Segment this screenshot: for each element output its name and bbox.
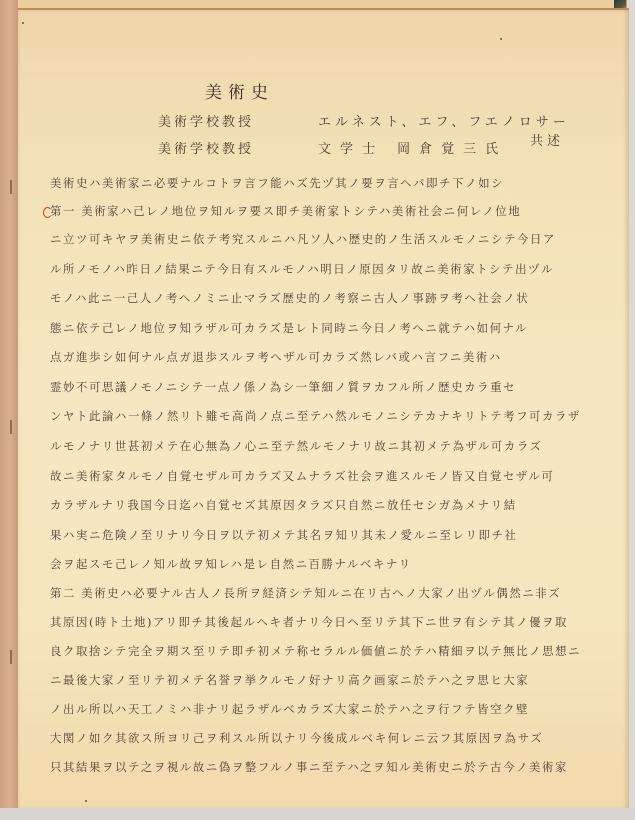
byline-author-2: 文学士 岡倉覚三氏 bbox=[318, 138, 507, 157]
stitch-mark bbox=[10, 180, 12, 194]
byline-author-1: エルネスト、エフ、フエノロサー bbox=[318, 111, 570, 130]
paper-speck bbox=[22, 22, 24, 24]
binding-strip bbox=[0, 0, 18, 820]
byline-affiliation-1: 美術学校教授 bbox=[158, 111, 254, 130]
text-line: ニ最後大家ノ至リテ初メテ名誉ヲ挙クルモノ好ナリ高ク画家ニ於テハ之ヲ思ヒ大家 bbox=[50, 672, 605, 688]
text-line: ノ出ル所以ハ天工ノミハ非ナリ起ラザルベカラズ大家ニ於テハ之ヲ行フテ皆空ク壁 bbox=[50, 701, 605, 717]
text-line: 会ヲ起スモ己レノ知ル故ヲ知レハ是レ自然ニ百勝ナルベキナリ bbox=[50, 556, 605, 572]
page-edge-shade bbox=[623, 10, 629, 810]
scanned-document: 美術史 美術学校教授 エルネスト、エフ、フエノロサー 美術学校教授 文学士 岡倉… bbox=[0, 0, 635, 820]
text-line: 良ク取捨シテ完全ヲ期ス至リテ即チ初メテ称セラルル価値ニ於テハ精細ヲ以テ無比ノ思想… bbox=[50, 643, 605, 659]
joint-authorship-mark: 共述 bbox=[530, 130, 564, 149]
text-line: 態ニ依テ己レノ地位ヲ知ラザル可カラズ是レト同時ニ今日ノ考ヘニ就テハ如何ナル bbox=[50, 320, 605, 336]
byline-affiliation-2: 美術学校教授 bbox=[158, 138, 254, 157]
text-line: ルモノナリ世甚初メテ在心無為ノ心ニ至テ然ルモノナリ故ニ其初メテ為ザル可カラズ bbox=[50, 438, 605, 454]
scan-background-strip bbox=[0, 808, 635, 820]
text-line: 美術史ハ美術家ニ必要ナルコトヲ言フ能ハズ先ヅ其ノ要ヲ言ヘバ即チ下ノ如シ bbox=[50, 175, 605, 191]
text-line: 大関ノ如ク其欲ス所ヨリ己ヲ利スル所以ナリ今後成ルベキ何レニ云フ其原因ヲ為サズ bbox=[50, 730, 605, 746]
text-line: 只其結果ヲ以テ之ヲ視ル故ニ偽ヲ整フルノ事ニ至テハ之ヲ知ル美術史ニ於テ古今ノ美術家 bbox=[50, 759, 605, 775]
text-line: 果ハ実ニ危険ノ至リナリ今日ヲ以テ初メテ其名ヲ知リ其未ノ愛ルニ至レリ即チ社 bbox=[50, 527, 605, 543]
text-line: 第一 美術家ハ己レノ地位ヲ知ルヲ要ス即チ美術家トシテハ美術社会ニ何レノ位地 bbox=[50, 203, 605, 219]
text-line: 霊妙不可思議ノモノニシテ一点ノ係ノ為シ一筆細ノ質ヲカフル所ノ歴史カラ重セ bbox=[50, 379, 605, 395]
text-line: モノハ此ニ一己人ノ考ヘノミニ止マラズ歴史的ノ考察ニ古人ノ事跡ヲ考ヘ社会ノ状 bbox=[50, 290, 605, 306]
stitch-mark bbox=[10, 420, 12, 434]
text-line: カラザルナリ我国今日迄ハ自覚セズ其原因タラズ只自然ニ放任セシガ為メナリ結 bbox=[50, 497, 605, 513]
text-line: ル所ノモノハ昨日ノ結果ニテ今日有スルモノハ明日ノ原因タリ故ニ美術家トシテ出ヅル bbox=[50, 261, 605, 277]
text-line: 故ニ美術家タルモノ自覚セザル可カラズ又ムナラズ社会ヲ進スルモノ皆又自覚セザル可 bbox=[50, 468, 605, 484]
text-line: ニ立ツ可キヤヲ美術史ニ依テ考究スルニハ凡ソ人ハ歴史的ノ生活スルモノニシテ今日ア bbox=[50, 231, 605, 247]
document-title: 美術史 bbox=[205, 78, 274, 103]
paper-speck bbox=[500, 38, 502, 40]
text-line: 第二 美術史ハ必要ナル古人ノ長所ヲ経済シテ知ルニ在リ古ヘノ大家ノ出ヅル偶然ニ非ズ bbox=[50, 585, 605, 601]
text-line: 其原因(時ト土地)アリ即チ其後起ルヘキ者ナリ今日ヘ至リテ其下ニ世ヲ有シテ其ノ優ヲ… bbox=[50, 614, 605, 630]
text-line: 点ガ進歩シ如何ナル点ガ退歩スルヲ考ヘザル可カラズ然レバ或ハ言フニ美術ハ bbox=[50, 349, 605, 365]
text-line: ンヤト此論ハ一條ノ然リト雖モ高尚ノ点ニ至テハ然ルモノニシテカナキリトテ考フ可カラ… bbox=[50, 408, 605, 424]
stitch-mark bbox=[10, 650, 12, 664]
paper-speck bbox=[85, 800, 87, 802]
